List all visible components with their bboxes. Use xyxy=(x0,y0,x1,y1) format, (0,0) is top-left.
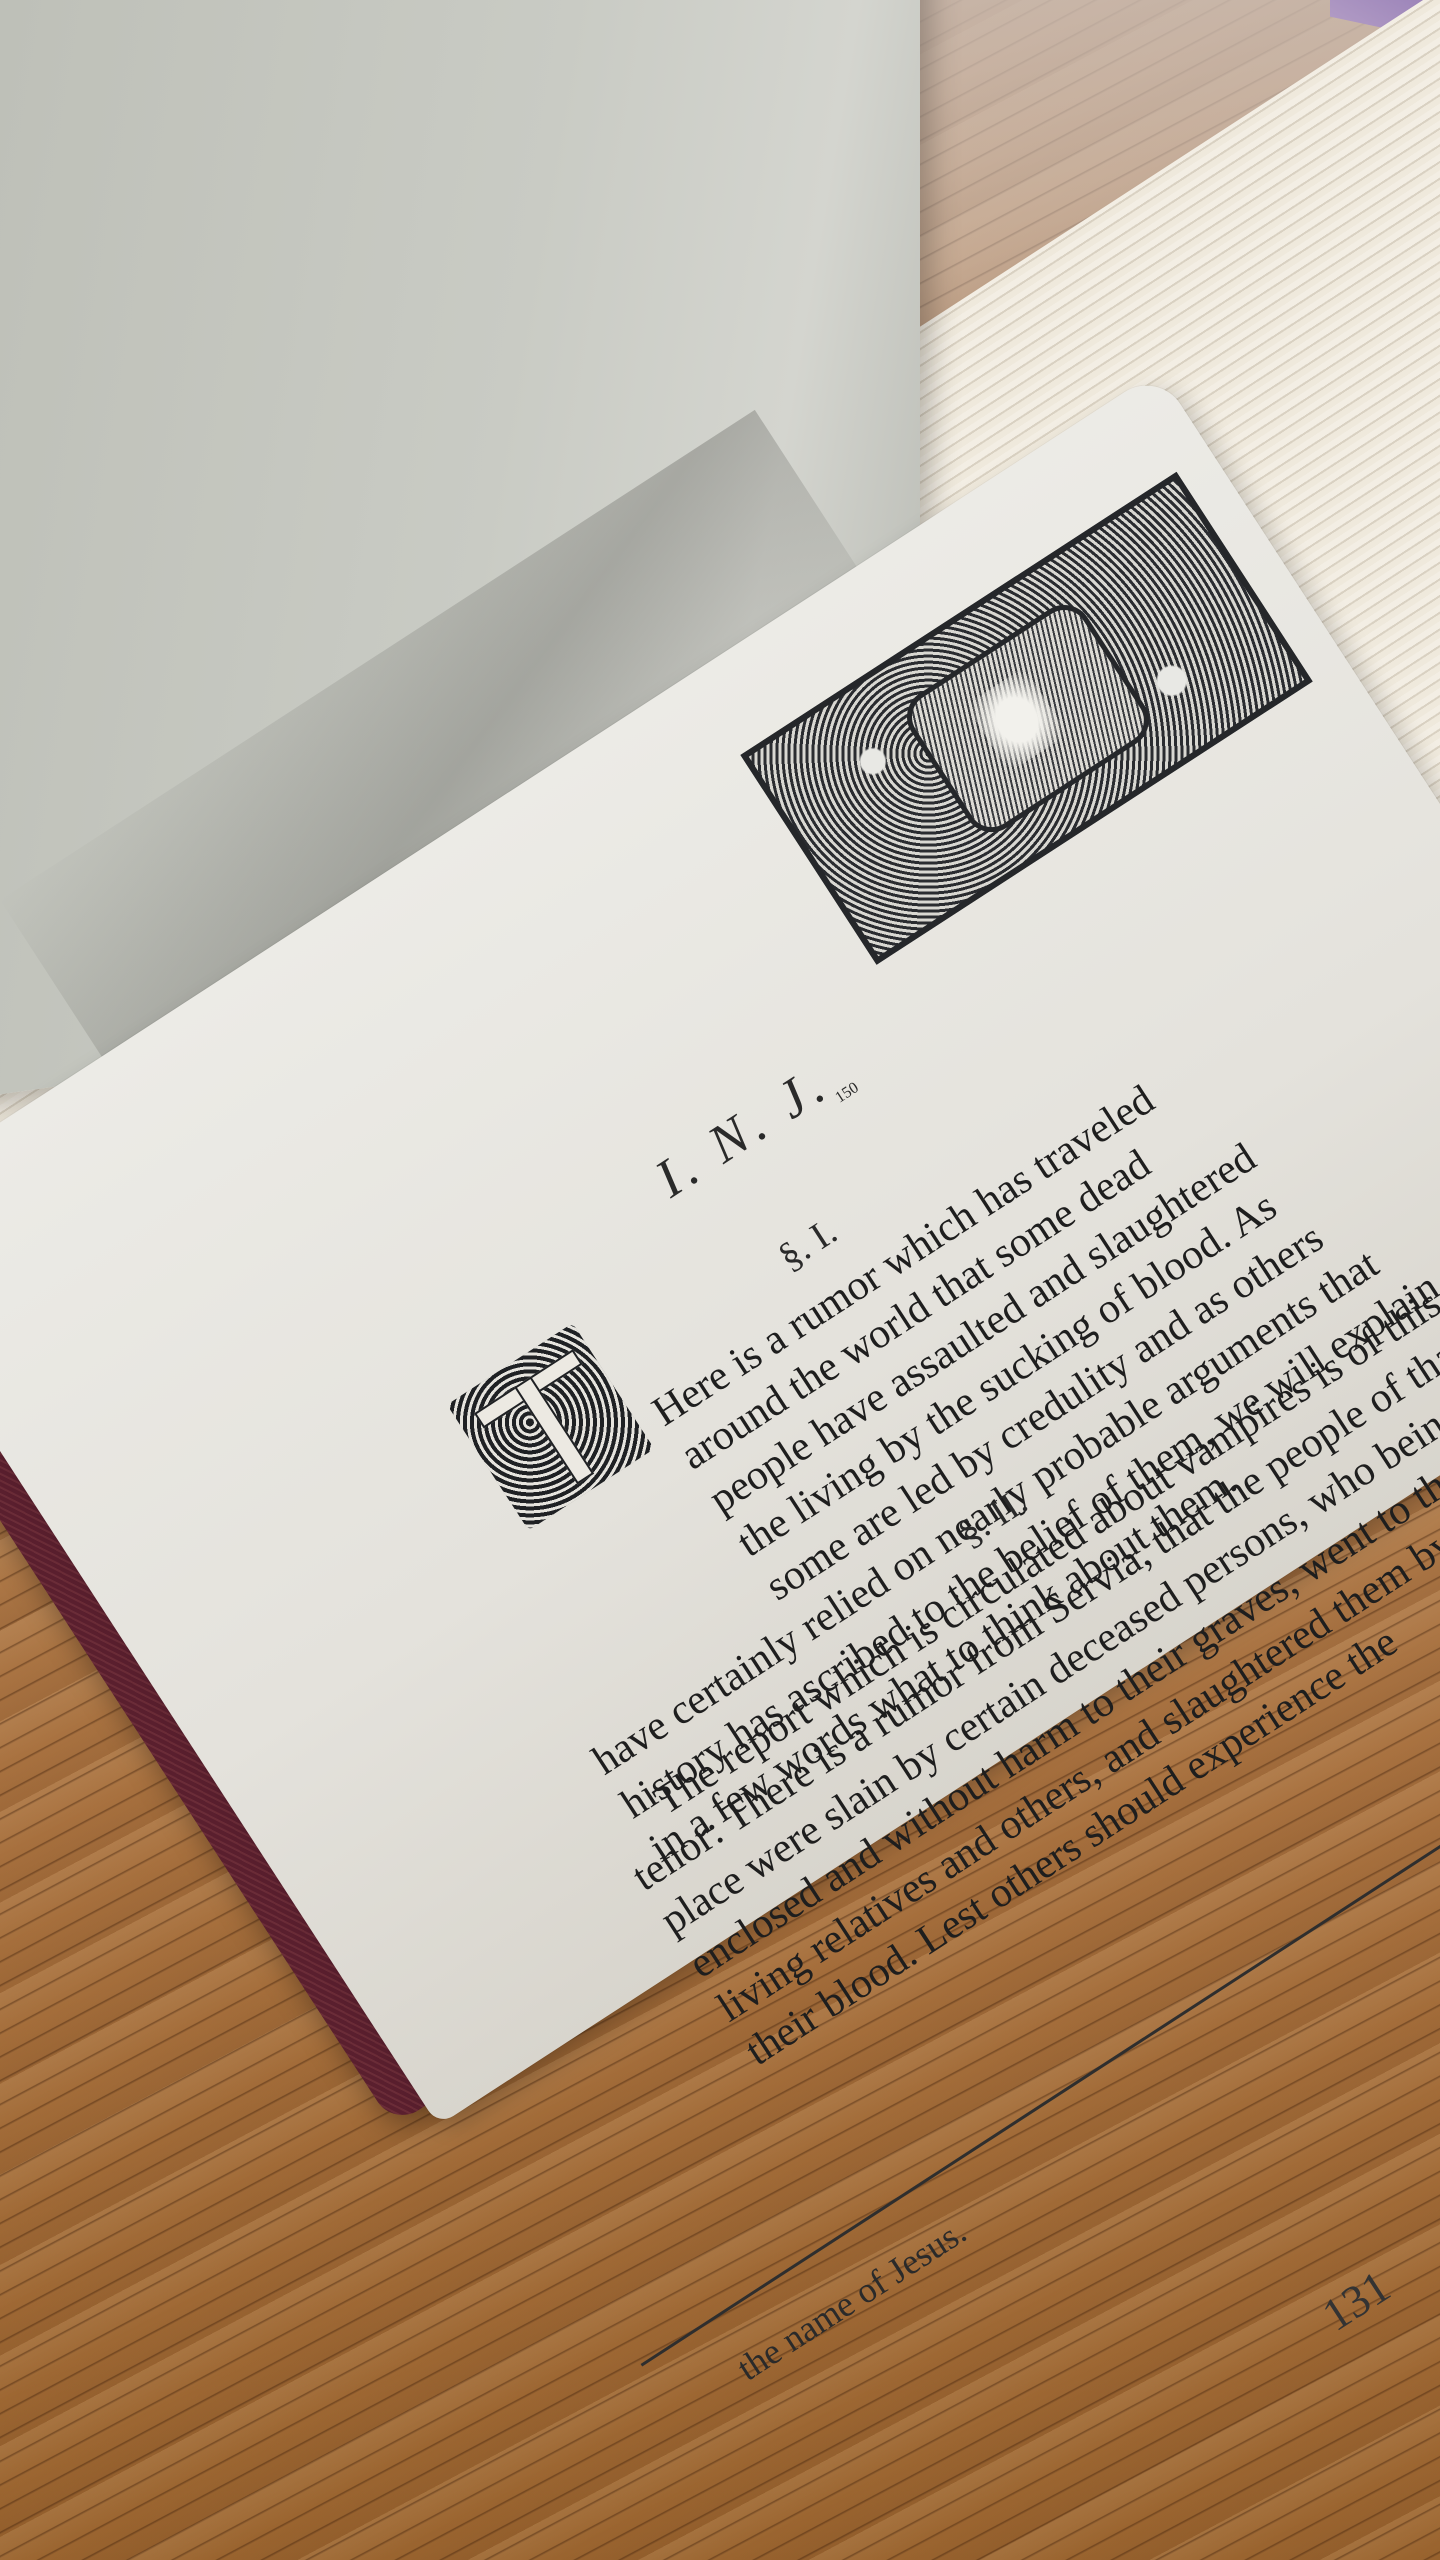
ornate-dropcap xyxy=(447,1323,654,1530)
chapter-heading: I. N. J.150 xyxy=(644,1039,862,1213)
open-book: I. N. J.150 §. I. Here is a rumor which … xyxy=(0,0,1440,2560)
page-number: 131 xyxy=(1313,2260,1400,2342)
illustration-medallion xyxy=(896,594,1159,843)
footnote-text: the name of Jesus. xyxy=(729,2210,973,2389)
dropcap-letter-t-icon xyxy=(447,1323,654,1530)
heading-text: I. N. J. xyxy=(645,1053,840,1209)
